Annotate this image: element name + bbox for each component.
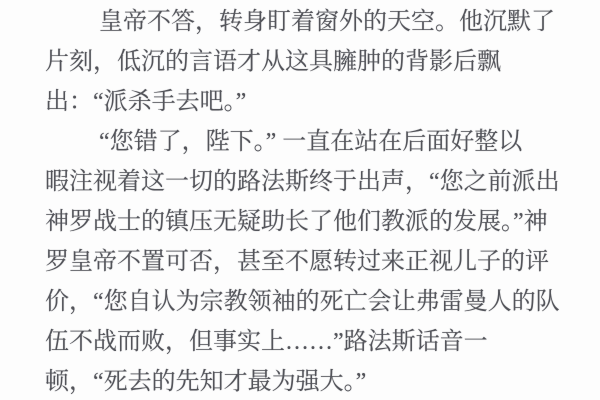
- text-line: 暇注视着这一切的路法斯终于出声，“您之前派出: [45, 162, 560, 202]
- text-line: 伍不战而败，但事实上……”路法斯话音一: [45, 322, 560, 362]
- text-line: 价，“您自认为宗教领袖的死亡会让弗雷曼人的队: [45, 282, 560, 322]
- text-line: 神罗战士的镇压无疑助长了他们教派的发展。”神: [45, 202, 560, 242]
- book-page: 皇帝不答，转身盯着窗外的天空。他沉默了片刻，低沉的言语才从这具臃肿的背影后飘出：…: [0, 0, 600, 400]
- novel-text-block: 皇帝不答，转身盯着窗外的天空。他沉默了片刻，低沉的言语才从这具臃肿的背影后飘出：…: [45, 2, 560, 400]
- text-line: 出：“派杀手去吧。”: [45, 82, 560, 122]
- text-line: 片刻，低沉的言语才从这具臃肿的背影后飘: [45, 42, 560, 82]
- text-line: “您错了，陛下。” 一直在站在后面好整以: [45, 122, 560, 162]
- text-line: 顿，“死去的先知才最为强大。”: [45, 362, 560, 400]
- text-line: 皇帝不答，转身盯着窗外的天空。他沉默了: [45, 2, 560, 42]
- text-line: 罗皇帝不置可否，甚至不愿转过来正视儿子的评: [45, 242, 560, 282]
